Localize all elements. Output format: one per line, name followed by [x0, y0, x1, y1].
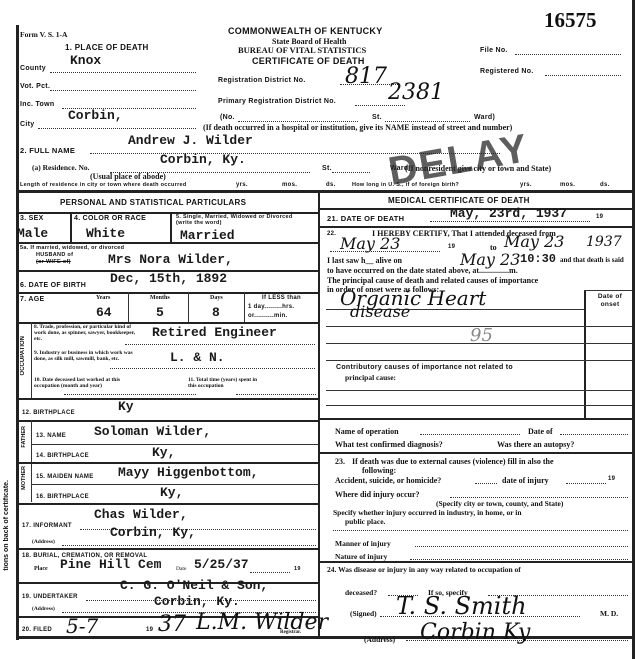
race-value: White [86, 226, 125, 241]
less-than-day: 1 day.........hrs. [248, 304, 294, 310]
full-name-label: 2. FULL NAME [20, 146, 75, 155]
undertaker-address-label: (Address) [32, 606, 55, 612]
date-of-onset-label: Date of onset [594, 293, 626, 309]
marital-label: 5. Single, Married, Widowed or Divorced … [176, 214, 296, 226]
physician-signature: T. S. Smith [396, 592, 527, 620]
mother-name-label: 15. MAIDEN NAME [36, 474, 94, 480]
length-yrs: yrs. [236, 182, 248, 188]
residence-value: Corbin, Ky. [160, 152, 246, 167]
filed-year-value: 37 [158, 612, 186, 637]
operation-label: Name of operation [335, 427, 399, 436]
death-said-label: and that death is said [560, 256, 630, 264]
where-injury-note: (Specify city or town, county, and State… [436, 499, 563, 508]
informant-address-label: (Address) [32, 539, 55, 545]
attended-from-19: 19 [448, 244, 455, 250]
sex-value: Male [17, 226, 48, 241]
center-divider [318, 190, 320, 636]
last-saw-label: I last saw h__ alive on [327, 256, 402, 265]
primary-reg-label: Primary Registration District No. [218, 98, 336, 105]
operation-date-label: Date of [528, 427, 553, 436]
age-label: 7. AGE [20, 296, 45, 303]
less-than-label: If LESS than [262, 295, 301, 301]
mother-side-label: MOTHER [21, 466, 27, 490]
father-name-label: 13. NAME [36, 433, 66, 439]
address-label: (Address) [364, 635, 395, 644]
residence-label: (a) Residence. No. [32, 163, 90, 172]
external-label-1: If death was due to external causes (vio… [352, 457, 554, 466]
burial-place-value: Pine Hill Cem [60, 557, 161, 572]
primary-reg-value: 2381 [388, 80, 444, 105]
industry-value: L. & N. [170, 350, 225, 365]
where-injury-label: Where did injury occur? [335, 490, 420, 499]
mother-birthplace-label: 16. BIRTHPLACE [36, 494, 89, 500]
spouse-label-3: (or WIFE of) [36, 259, 71, 265]
form-number: Form V. S. 1-A [20, 30, 67, 39]
months-label: Months [150, 295, 170, 301]
burial-date-value: 5/25/37 [194, 557, 249, 572]
filed-value: 5-7 [66, 614, 98, 638]
father-birthplace-label: 14. BIRTHPLACE [36, 453, 89, 459]
external-number: 23. [335, 457, 345, 466]
reg-district-value: 817 [345, 64, 387, 89]
signed-label: (Signed) [350, 609, 377, 618]
date-of-death-label: 21. DATE OF DEATH [327, 214, 404, 223]
hospital-note: (If death occurred in a hospital or inst… [203, 123, 512, 132]
registered-no-label: Registered No. [480, 68, 534, 75]
md-label: M. D. [600, 609, 618, 618]
vot-pct-label: Vot. Pct. [20, 83, 50, 90]
filed-label: 20. FILED [22, 627, 52, 633]
cause-value-2: disease [350, 302, 410, 321]
certificate-number: 16575 [544, 8, 597, 33]
injury-date-label: date of injury [502, 476, 549, 485]
city-label: City [20, 121, 34, 128]
marital-value: Married [180, 228, 235, 243]
time-value: 10:30 [520, 252, 556, 266]
residence-st-label: St. [322, 165, 332, 172]
diagnosis-label: What test confirmed diagnosis? [335, 440, 443, 449]
trade-value: Retired Engineer [152, 325, 277, 340]
informant-label: 17. INFORMANT [22, 523, 72, 529]
father-name-value: Soloman Wilder, [94, 424, 211, 439]
months-value: 5 [156, 305, 164, 320]
less-than-min: or..........min. [248, 313, 287, 319]
occupational-label: 24. Was disease or injury in any way rel… [327, 565, 521, 574]
specify-label-2: public place. [345, 517, 385, 526]
file-no-label: File No. [480, 47, 508, 54]
trade-label: 8. Trade, profession, or particular kind… [34, 324, 144, 342]
manner-of-injury-label: Manner of injury [335, 539, 391, 548]
attended-to-year: 1937 [586, 234, 622, 250]
industry-label: 9. Industry or business in which work wa… [34, 350, 144, 362]
burial-place-label: Place [34, 566, 48, 572]
last-worked-label: 10. Date deceased last worked at this oc… [34, 377, 142, 389]
undertaker-value: C. G. O'Neil & Son, [120, 578, 268, 593]
mother-birthplace-value: Ky, [160, 485, 183, 500]
physician-address: Corbin Ky [420, 620, 530, 645]
deceased-label: deceased? [345, 588, 377, 597]
father-birthplace-value: Ky, [152, 445, 175, 460]
street-label: St. [372, 114, 382, 121]
length-of-residence-label: Length of residence in city or town wher… [20, 182, 187, 188]
inc-town-label: Inc. Town [20, 101, 54, 108]
burial-year-19: 19 [294, 566, 301, 572]
spouse-value: Mrs Nora Wilder, [108, 252, 233, 267]
commonwealth-title: COMMONWEALTH OF KENTUCKY [228, 26, 383, 36]
bottom-border [16, 636, 632, 639]
informant-value: Chas Wilder, [94, 507, 188, 522]
attended-to-value: May 23 [504, 232, 564, 251]
how-long-yrs: yrs. [520, 182, 532, 188]
filed-year-19: 19 [146, 627, 153, 633]
street-no-label: (No. [220, 114, 235, 121]
reg-district-label: Registration District No. [218, 77, 306, 84]
registrar-label: Registrar. [280, 630, 301, 635]
undertaker-address-value: Corbin, Ky. [154, 594, 240, 609]
burial-date-label: Date [176, 566, 186, 572]
city-value: Corbin, [68, 108, 123, 123]
how-long-mos: mos. [560, 182, 575, 188]
race-label: 4. COLOR OR RACE [74, 215, 146, 222]
place-of-death-heading: 1. PLACE OF DEATH [65, 43, 149, 52]
informant-address-value: Corbin, Ky, [110, 525, 196, 540]
total-time-label: 11. Total time (years) spent in this occ… [188, 377, 263, 389]
date-of-death-19: 19 [596, 214, 603, 220]
residence-note: (Usual place of abode) [90, 172, 166, 181]
spouse-label-1: 5a. If married, widowed, or divorced [20, 245, 124, 251]
days-value: 8 [212, 305, 220, 320]
medical-heading: MEDICAL CERTIFICATE OF DEATH [388, 196, 530, 205]
dob-value: Dec, 15th, 1892 [110, 271, 227, 286]
contributory-label-1: Contributory causes of importance not re… [336, 364, 513, 371]
nature-of-injury-label: Nature of injury [335, 552, 387, 561]
spouse-label-2: HUSBAND of [36, 252, 73, 258]
birthplace-value: Ky [118, 399, 134, 414]
external-label-2: following: [362, 466, 396, 475]
cause-annotation: 95 [470, 325, 493, 346]
length-mos: mos. [282, 182, 297, 188]
principal-cause-label-1: The principal cause of death and related… [327, 276, 538, 285]
certify-number: 22. [327, 231, 336, 237]
dob-label: 6. DATE OF BIRTH [20, 282, 86, 289]
county-label: County [20, 65, 46, 72]
days-label: Days [210, 295, 223, 301]
undertaker-label: 19. UNDERTAKER [22, 594, 78, 600]
ward-label: Ward) [474, 114, 495, 121]
county-value: Knox [70, 53, 101, 68]
injury-year-19: 19 [608, 476, 615, 482]
years-value: 64 [96, 305, 112, 320]
length-ds: ds. [326, 182, 336, 188]
accident-label: Accident, suicide, or homicide? [335, 476, 441, 485]
personal-heading: PERSONAL AND STATISTICAL PARTICULARS [60, 198, 246, 207]
right-border [632, 0, 635, 659]
occupation-side-label: OCCUPATION [20, 336, 26, 375]
birthplace-label: 12. BIRTHPLACE [22, 410, 75, 416]
margin-note: tions on back of certificate. [3, 480, 10, 571]
registrar-signature: L.M. Wilder [196, 610, 328, 635]
autopsy-label: Was there an autopsy? [497, 440, 574, 449]
specify-label-1: Specify whether injury occurred in indus… [333, 508, 522, 517]
occurred-label: to have occurred on the date stated abov… [327, 266, 518, 275]
contributory-label-2: principal cause: [345, 373, 396, 382]
how-long-ds: ds. [600, 182, 610, 188]
bureau-name: BUREAU OF VITAL STATISTICS [238, 45, 366, 55]
years-label: Years [96, 295, 110, 301]
father-side-label: FATHER [21, 426, 27, 448]
mother-name-value: Mayy Higgenbottom, [118, 465, 258, 480]
date-of-death-value: May, 23rd, 1937 [450, 206, 567, 221]
full-name-value: Andrew J. Wilder [128, 133, 253, 148]
sex-label: 3. SEX [20, 215, 44, 222]
